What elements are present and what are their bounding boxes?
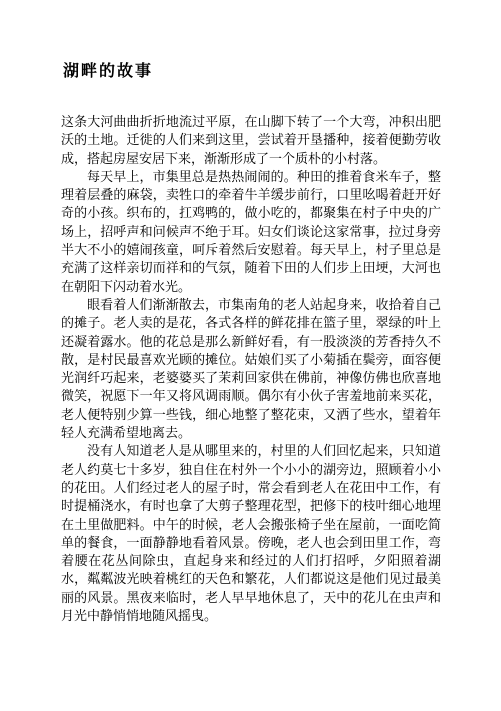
paragraph-3: 眼看着人们渐渐散去，市集南角的老人站起身来，收拾着自己的摊子。老人卖的是花，各式… (61, 297, 441, 443)
article-body: 这条大河曲曲折折地流过平原，在山脚下转了一个大弯，冲积出肥沃的土地。迁徙的人们来… (61, 114, 441, 626)
paragraph-4: 没有人知道老人是从哪里来的，村里的人们回忆起来，只知道老人约莫七十多岁，独自住在… (61, 443, 441, 626)
paragraph-1: 这条大河曲曲折折地流过平原，在山脚下转了一个大弯，冲积出肥沃的土地。迁徙的人们来… (61, 114, 441, 169)
document-title: 湖畔的故事 (63, 58, 153, 81)
paragraph-2: 每天早上，市集里总是热热闹闹的。种田的推着食米车子，整理着层叠的麻袋，卖牲口的牵… (61, 169, 441, 297)
document-page: 湖畔的故事 这条大河曲曲折折地流过平原，在山脚下转了一个大弯，冲积出肥沃的土地。… (0, 0, 501, 711)
